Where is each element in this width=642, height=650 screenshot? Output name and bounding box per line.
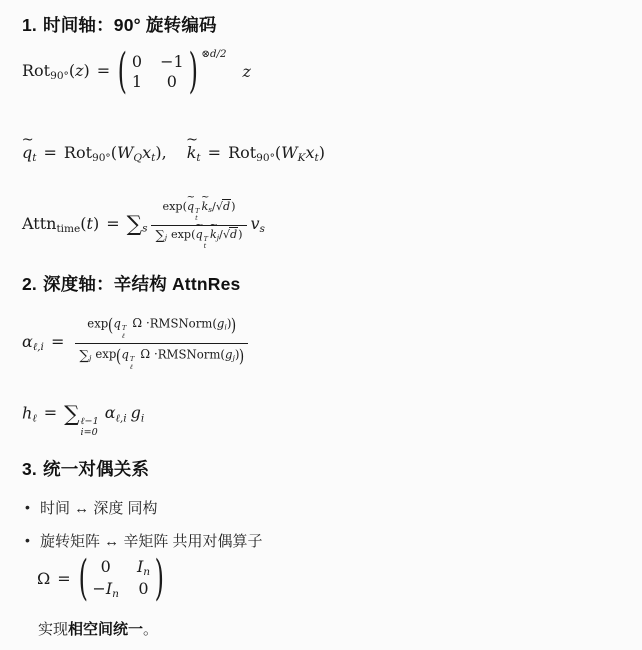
exp: exp (87, 316, 108, 330)
equals: = (44, 403, 57, 422)
formula-time-attention: Attntime(t)= ∑s exp(~qTt~ks/√d) ∑jexp(~q… (22, 199, 265, 251)
value-term: vs (251, 214, 265, 235)
paren: ) (231, 200, 235, 213)
heading-number: 1. (22, 15, 37, 35)
q-tilde: ~q (22, 143, 32, 162)
tilde-accent: ~ (209, 221, 217, 231)
equals: = (51, 332, 64, 351)
equals: = (208, 143, 221, 162)
closing-prefix: 实现 (38, 621, 68, 638)
formula-symplectic-matrix: Ω= ( 0 In −In 0 ) (37, 557, 165, 600)
section-heading-2: 2.深度轴：辛结构 AttnRes (22, 271, 240, 296)
paren: ) (319, 143, 325, 162)
heading-title: 时间轴：90° 旋转编码 (43, 15, 217, 35)
comma: , (162, 143, 167, 162)
fraction-denominator: ∑jexp(~qTt~kj/√d) (151, 226, 246, 251)
sub-t: t (196, 152, 200, 164)
k-tilde: ~k (201, 200, 208, 213)
sub-l-i: ℓ,i (33, 342, 44, 354)
softmax-fraction: exp(~qTt~ks/√d) ∑jexp(~qTt~kj/√d) (151, 199, 246, 251)
omega-symbol: Ω (140, 347, 150, 361)
sub-t: t (32, 152, 36, 164)
var-x: x (142, 143, 151, 162)
symplectic-matrix: ( 0 In −In 0 ) (78, 557, 165, 600)
sub-j: j (165, 233, 167, 242)
sub-Q: Q (133, 152, 142, 164)
var-W: W (117, 143, 133, 162)
var-h: h (22, 403, 32, 422)
omega-lhs: Ω= (37, 569, 78, 588)
equals: = (44, 143, 57, 162)
heading-title: 统一对偶关系 (43, 459, 149, 479)
matrix-entries: 0 In −In 0 (88, 557, 154, 600)
sub-n: n (143, 566, 150, 578)
tilde-accent: ~ (187, 193, 195, 203)
var-q: q (113, 316, 120, 330)
equals: = (106, 214, 119, 233)
tilde-accent: ~ (201, 193, 209, 203)
supsub-T-l: Tℓ (122, 325, 127, 341)
fraction-numerator: exp(qTℓΩ·RMSNorm(gi)) (75, 314, 248, 344)
sub-l-i: ℓ,i (116, 413, 127, 425)
var-x: x (305, 143, 314, 162)
sub-n: n (112, 588, 119, 600)
equals: = (57, 569, 70, 588)
rmsnorm-fn: RMSNorm (150, 316, 213, 330)
closing-emphasis: 相空间统一 (68, 621, 143, 638)
formula-rotation-encoding: Rot90°(z)= ( 0 −1 1 0 ) ⊗d/2 z (22, 52, 251, 91)
section-heading-3: 3.统一对偶关系 (22, 456, 149, 481)
rot-fn: Rot (22, 61, 50, 80)
q-tilde: ~q (195, 228, 202, 241)
matrix-entry: −1 (160, 52, 184, 71)
var-q: q (121, 347, 128, 361)
matrix-entries: 0 −1 1 0 (128, 52, 188, 91)
tilde-accent: ~ (186, 133, 198, 147)
bullet-icon: • (25, 499, 40, 515)
big-paren-right: ) (231, 315, 236, 336)
attn-sub-time: time (56, 223, 80, 235)
equals: = (97, 61, 110, 80)
sum-icon: ∑ (127, 212, 142, 237)
sum-over-s: ∑s (127, 212, 148, 237)
bullet-text: 旋转矩阵 ↔ 辛矩阵 共用对偶算子 (40, 533, 263, 550)
var-alpha: α (22, 332, 33, 351)
k-tilde: ~k (187, 143, 197, 162)
omega-symbol: Ω (37, 569, 50, 588)
rmsnorm-fn: RMSNorm (158, 347, 221, 361)
var-minus-I: −I (92, 579, 112, 598)
matrix-paren-left: ( (118, 52, 127, 91)
matrix-entry: 0 (132, 52, 142, 71)
rot-fn-sub: 90° (92, 152, 111, 164)
matrix-paren-right: ) (155, 559, 164, 598)
list-item: •旋转矩阵 ↔ 辛矩阵 共用对偶算子 (25, 530, 263, 551)
lower-limit: i=0 (81, 427, 98, 438)
sub-s: s (142, 223, 147, 235)
alpha-lhs: αℓ,i= (22, 332, 71, 353)
sub-i: i (141, 413, 144, 425)
big-paren-left: ( (108, 315, 113, 336)
heading-title: 深度轴：辛结构 AttnRes (43, 274, 240, 294)
sum-limits: ℓ−1i=0 (81, 416, 99, 438)
sub-l: ℓ (32, 413, 36, 425)
document: 1.时间轴：90° 旋转编码 Rot90°(z)= ( 0 −1 1 0 ) ⊗… (0, 0, 642, 650)
matrix-entry: 1 (132, 72, 142, 91)
big-paren-left: ( (116, 346, 121, 367)
rot-lhs: Rot90°(z)= (22, 61, 117, 82)
formula-hidden-state: hℓ=∑ℓ−1i=0αℓ,igi (22, 402, 144, 438)
var-W: W (281, 143, 297, 162)
sum-icon: ∑ (155, 228, 164, 243)
paren: ) (238, 228, 242, 241)
var-v: v (251, 214, 260, 233)
big-paren-right: ) (239, 346, 244, 367)
rot-fn-sub: 90° (50, 70, 69, 82)
matrix-entry: In (137, 557, 150, 578)
var-d: d (222, 199, 231, 213)
rotation-matrix: ( 0 −1 1 0 ) ⊗d/2 (117, 52, 226, 91)
matrix-entry: −In (92, 579, 119, 600)
rot-fn: Rot (228, 143, 256, 162)
heading-number: 3. (22, 459, 37, 479)
attn-fn: Attn (22, 214, 56, 233)
upper-limit: ℓ−1 (81, 416, 99, 427)
sub-t: t (204, 243, 207, 250)
attn-lhs: Attntime(t)= (22, 214, 127, 235)
alpha-fraction: exp(qTℓΩ·RMSNorm(gi)) ∑jexp(qTℓΩ·RMSNorm… (75, 314, 248, 372)
omega-symbol: Ω (132, 316, 142, 330)
fraction-denominator: ∑jexp(qTℓΩ·RMSNorm(gj)) (75, 344, 248, 372)
sum-icon: ∑ (79, 349, 89, 364)
exp: exp( (171, 228, 195, 241)
tilde-accent: ~ (195, 221, 203, 231)
list-item: •时间 ↔ 深度 同构 (25, 497, 158, 518)
exp: exp (95, 347, 116, 361)
bullet-icon: • (25, 532, 40, 548)
kronecker-power: ⊗d/2 (201, 48, 226, 60)
var-z: z (243, 62, 251, 81)
formula-alpha-weights: αℓ,i= exp(qTℓΩ·RMSNorm(gi)) ∑jexp(qTℓΩ·R… (22, 314, 252, 372)
paren: ) (93, 214, 99, 233)
tilde-accent: ~ (22, 133, 34, 147)
rot-fn-sub: 90° (256, 152, 275, 164)
k-tilde: ~k (210, 228, 217, 241)
formula-query-key: ~qt=Rot90°(WQxt),~kt=Rot90°(WKxt) (22, 143, 325, 164)
matrix-entry: 0 (92, 557, 119, 578)
sub-s: s (260, 223, 265, 235)
paren: ) (84, 61, 90, 80)
rot-fn: Rot (64, 143, 92, 162)
var-z: z (75, 61, 83, 80)
closing-suffix: 。 (143, 621, 158, 638)
sub-j: j (89, 354, 91, 363)
exp: exp( (162, 200, 186, 213)
sub-l: ℓ (130, 364, 133, 372)
heading-number: 2. (22, 274, 37, 294)
var-d: d (229, 227, 238, 241)
sum-icon: ∑ (64, 402, 79, 427)
matrix-entry: 0 (137, 579, 150, 600)
section-heading-1: 1.时间轴：90° 旋转编码 (22, 12, 217, 37)
var-alpha: α (105, 403, 116, 422)
matrix-paren-left: ( (78, 559, 87, 598)
bullet-text: 时间 ↔ 深度 同构 (40, 500, 158, 517)
matrix-entry: 0 (160, 72, 184, 91)
q-tilde: ~q (187, 200, 194, 213)
closing-line: 实现相空间统一。 (38, 618, 158, 639)
supsub-T-t: Tt (204, 236, 208, 251)
var-g: g (131, 403, 141, 422)
supsub-T-l: Tℓ (130, 356, 135, 372)
sub-l: ℓ (122, 333, 125, 341)
matrix-paren-right: ) (188, 52, 197, 91)
